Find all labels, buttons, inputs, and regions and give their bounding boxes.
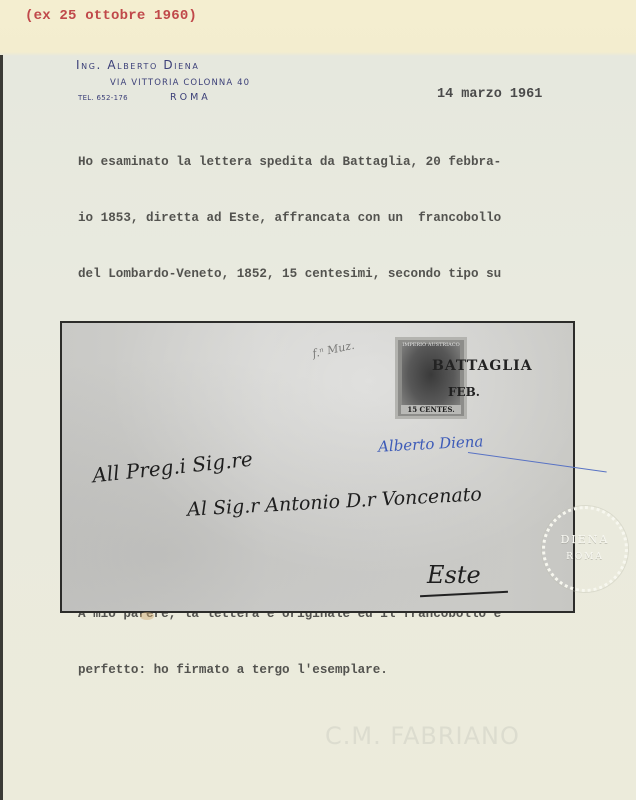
certificate-page: (ex 25 ottobre 1960) Ing. Alberto Diena …: [0, 0, 636, 800]
paper-stain: [140, 612, 154, 620]
page-left-edge: [0, 55, 3, 800]
seal-city: ROMA: [545, 552, 625, 562]
body-line: perfetto: ho firmato a tergo l'esemplare…: [78, 661, 558, 680]
letterhead-name: Ing. Alberto Diena: [76, 58, 199, 72]
body-line: Ho esaminato la lettera spedita da Batta…: [78, 153, 558, 172]
letterhead-telephone: TEL. 652-176: [78, 94, 128, 102]
postmark-date: FEB.: [448, 385, 480, 399]
address-line-3: Este: [427, 561, 481, 589]
paper-watermark: C.M. FABRIANO: [325, 722, 520, 750]
seal-name: DIENA: [545, 533, 625, 546]
embossed-seal-icon: DIENA ROMA: [542, 506, 628, 592]
stamp-value: 15 CENTES.: [401, 405, 461, 414]
stamp-eagle-icon: [402, 344, 460, 412]
postmark-town: BATTAGLIA: [432, 358, 533, 374]
address-line-1: All Preg.i Sig.re: [91, 447, 254, 488]
letterhead: Ing. Alberto Diena VIA VITTORIA COLONNA …: [0, 55, 300, 105]
body-line: io 1853, diretta ad Este, affrancata con…: [78, 209, 558, 228]
body-line: del Lombardo-Veneto, 1852, 15 centesimi,…: [78, 265, 558, 284]
stamp-top-text: IMPERIO AUSTRIACO: [402, 342, 460, 348]
pencil-note: f.ⁿ Muz.: [311, 339, 356, 361]
address-underline: [420, 591, 508, 598]
cover-photograph: f.ⁿ Muz. IMPERIO AUSTRIACO 15 CENTES. BA…: [60, 321, 575, 613]
address-line-2: Al Sig.r Antonio D.r Voncenato: [187, 483, 483, 520]
postage-stamp: IMPERIO AUSTRIACO 15 CENTES.: [395, 337, 467, 419]
letterhead-street: VIA VITTORIA COLONNA 40: [110, 78, 250, 88]
letter-date: 14 marzo 1961: [437, 87, 542, 102]
letterhead-city: ROMA: [170, 92, 211, 103]
ex-date-annotation: (ex 25 ottobre 1960): [25, 8, 197, 24]
